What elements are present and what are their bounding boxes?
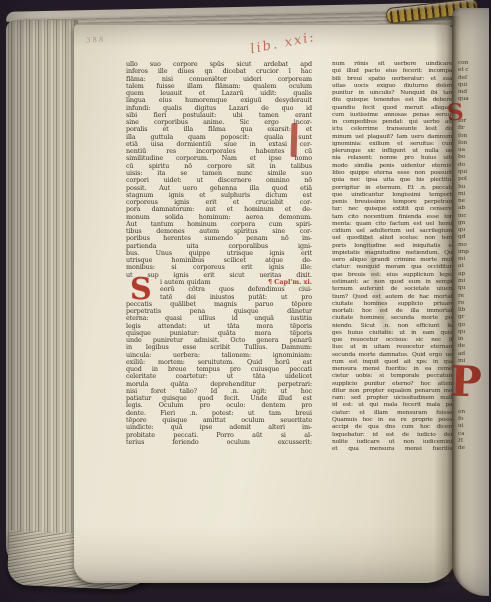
text-line: qui illud pacto eius fecerit: incompa- — [332, 68, 454, 75]
text-line: accipi de qua dns cum hoc dicere — [332, 424, 454, 431]
text-line: plerunque sic infligunt ut nulla ue- — [332, 148, 454, 155]
text-line: probitate peccati. Porro aūt si al- — [126, 432, 312, 439]
text-line: cum iustissime annosas penas seruus — [332, 112, 454, 119]
text-line: talem fuisse illam flāmam: qualem oculum — [126, 83, 312, 90]
text-line: minum uel plagauit? Iam uero damnum: — [332, 134, 454, 141]
fore-edge-page-stack — [6, 20, 78, 568]
text-line: poribus herentes sumendo penam nō im- — [126, 235, 312, 242]
text-fragment: fo — [458, 416, 488, 423]
text-fragment: qu — [458, 329, 488, 336]
text-line: quod in breue tempus pro cuiusque peccat… — [126, 366, 312, 373]
right-text-column: num rōnis sit uerbere uindicare:qui illu… — [332, 61, 454, 453]
text-line: rum est inquit quod ait xps: in qua — [332, 359, 454, 366]
text-line: num rōnis sit uerbere uindicare: — [332, 61, 454, 68]
text-fragment: do — [458, 162, 488, 169]
text-line: modo similia penis uidentur eternis? — [332, 163, 454, 170]
text-line: mensura mensi fueritis: in ea reme- — [332, 366, 454, 373]
text-fragment: inc — [458, 213, 488, 220]
text-line: utrisque hominibus scilicet atque de- — [126, 257, 312, 264]
text-fragment: ab — [458, 205, 488, 212]
text-line: diu quisque tenendus est ille debere: — [332, 97, 454, 104]
text-line: poralis et illa flāma qua exarsit: et — [126, 126, 312, 133]
text-fragment: qu — [458, 227, 488, 234]
facing-page-edge: conet cdeſquiindquaſorfirſonſonuabodoqui… — [452, 8, 489, 596]
text-line: que breuis est: eius supplicium leges — [332, 272, 454, 279]
text-line: bili breui spatio uerberatur: et sua- — [332, 76, 454, 83]
text-line: cū spiritu nō corpore sit in talibus — [126, 163, 312, 170]
text-fragment: gr — [458, 314, 488, 321]
left-column-upper-lines: ullo suo corpore spūs sicut ardebat apdi… — [126, 61, 312, 279]
text-fragment: mi — [458, 191, 488, 198]
text-line: ut sup ignis erit sicut ueritas dixit. — [126, 272, 312, 279]
chapter-rubric-label: ¶ Capl'm. xi. — [268, 279, 312, 286]
text-line: tibus demones autem spiritus sine cor- — [126, 228, 312, 235]
text-line: flāma: nisi conueniēter uideri corpoream — [126, 76, 312, 83]
text-line: infundi: qualis digitus Lazari de quo id — [126, 105, 312, 112]
text-line: ram: sed propter uicissitudinem mali: — [332, 395, 454, 402]
text-line: nisi foret talio? Id .n. agit: ut hoc — [126, 388, 312, 395]
text-line: in legibus esse scribit Tullius. Damnum: — [126, 344, 312, 351]
text-line: tatē dei iniustos putāt: ut pro — [126, 294, 312, 301]
left-text-column: ullo suo corpore spūs sicut ardebat apdi… — [126, 61, 312, 446]
chapter-opening-line: i autem quidam ¶ Capl'm. xi. — [126, 279, 312, 286]
text-fragment: mi — [458, 278, 488, 285]
text-line: ullo suo corpore spūs sicut ardebat apd — [126, 61, 312, 68]
text-fragment: qui — [458, 169, 488, 176]
text-line: ciuitate homines secunda morte pu- — [332, 315, 454, 322]
text-fragment: deſ — [458, 75, 488, 82]
text-fragment: qu — [458, 285, 488, 292]
text-line: mortali: hoc est de illa immortali — [332, 308, 454, 315]
text-line: cietur uobis: si temporale peccatum — [332, 373, 454, 380]
photograph-of-incunabulum-page: { "folio_number": "388", "inscription": … — [0, 0, 491, 602]
text-fragment: in — [458, 336, 488, 343]
text-line: quisque puniatur: quāta mora tēporis — [126, 330, 312, 337]
text-line: eorū cōtra quos defendimus ciui- — [126, 286, 312, 293]
text-fragment: con — [458, 60, 488, 67]
text-line: monum solida hominum: aerea demonum. — [126, 214, 312, 221]
text-line: uero aliquo grandi crimine morte mul- — [332, 257, 454, 264]
text-line: ctatur: nunquid moram qua occiditur: — [332, 264, 454, 271]
text-fragment: ro — [458, 300, 488, 307]
text-line: illa guttula quam poposcit: qualia sunt — [126, 134, 312, 141]
manuscript-page: 388 lib. xxi: ullo suo corpore spūs sicu… — [74, 24, 454, 583]
text-line: pora damnatorum: aut et hominum et de- — [126, 206, 312, 213]
text-line: que uindicantur longissimi temporis — [332, 192, 454, 199]
facing-page-red-initial-s: S — [446, 101, 464, 124]
text-fragment: lib — [458, 307, 488, 314]
text-line: exiliū: mortem: seruitutem. Quid horū es… — [126, 359, 312, 366]
text-line: quandiu fecit quod meruit allegari: — [332, 105, 454, 112]
text-line: supplicio punitur eterno? hoc atten- — [332, 381, 454, 388]
text-line: ciuitate homines supplicio priuare — [332, 301, 454, 308]
facing-page-red-initial-p: P — [449, 361, 482, 402]
text-fragment: imp — [458, 249, 488, 256]
text-line: tam cito nocentium finienda esse tor- — [332, 214, 454, 221]
text-line: lingua eius humoremque exiguū desyderaui… — [126, 97, 312, 104]
text-line: patiatur quisque quod fecit. Unde illud … — [126, 395, 312, 402]
text-fragment: fir — [458, 125, 488, 132]
pencil-folio-number: 388 — [86, 36, 106, 45]
text-line: legis attendat: ut tāta mora tēporis — [126, 323, 312, 330]
text-line: ignominia: exilium et seruitus: cum — [332, 141, 454, 148]
text-line: bus. Unus quippe utrisque ignis erit — [126, 250, 312, 257]
text-line: nentiū res incorporales habentes cū — [126, 148, 312, 155]
text-line: nolite iudicare ut non iudicemini: — [332, 439, 454, 446]
text-fragment: ua — [458, 147, 488, 154]
text-line: ciatur: et illam mensuram fuisse. — [332, 410, 454, 417]
text-line: et qua mensura mensi fueritis. — [332, 446, 454, 453]
text-line: tēpore quisque amittat oculum seueritate — [126, 417, 312, 424]
text-line: uindicte: quā ipse ademit alteri im- — [126, 424, 312, 431]
text-line: secunda morte damnatus. Quid ergo ue- — [332, 352, 454, 359]
text-line: corpori uidet: ut discernere omnino nō — [126, 177, 312, 184]
text-fragment: pol — [458, 176, 488, 183]
text-fragment: ne — [458, 198, 488, 205]
text-line: Ideo quippe eterna esse non possunt: — [332, 170, 454, 177]
text-fragment: en — [458, 409, 488, 416]
text-line: eterna: quasi ullius id unquā iustitia — [126, 315, 312, 322]
text-fragment: qo — [458, 322, 488, 329]
text-line: lius: ut in uitam reuocetur eternam — [332, 344, 454, 351]
text-line: quia nec ipsa uita que his plectitur — [332, 177, 454, 184]
left-column-lower-lines: eorū cōtra quos defendimus ciui-tatē dei… — [126, 286, 312, 446]
text-fragment: ſon — [458, 133, 488, 140]
text-fragment: ind — [458, 89, 488, 96]
text-line: Quamuis hoc in ea re proprie posse — [332, 417, 454, 424]
text-line: peccatis quālibet magnis paruo tēpore — [126, 301, 312, 308]
red-margin-mark — [291, 123, 298, 157]
right-column-lines: num rōnis sit uerbere uindicare:qui illu… — [332, 61, 454, 453]
text-line: uitas uocis exiguo diuturno dolore — [332, 83, 454, 90]
text-line: dente. Fieri .n. potest: ut tam breui — [126, 410, 312, 417]
text-line: in compedibus pendat: qui uerbo aut — [332, 119, 454, 126]
text-line: uisis: ita se tamen nunc simile suo — [126, 170, 312, 177]
chapter-opening-text: i autem quidam — [160, 279, 211, 286]
text-fragment: qui — [458, 82, 488, 89]
text-line: morula quāta deprehenditur perpetrari: — [126, 381, 312, 388]
text-fragment: gn — [458, 220, 488, 227]
text-line: sibi fieri postulauit: ubi tamen erant — [126, 112, 312, 119]
text-fragment: ap — [458, 271, 488, 278]
text-line: similitudine corporum. Nam et ipse homo — [126, 155, 312, 162]
text-fragment: de — [458, 343, 488, 350]
text-line: uel quodlibet aliud scelus: non tem- — [332, 235, 454, 242]
text-line: tium? Quod est autem de hac mortali — [332, 294, 454, 301]
text-line: etiā uisa dormientiū siue in extasi cer- — [126, 141, 312, 148]
text-line: corporeus ignis erit et cruciabit cor- — [126, 199, 312, 206]
text-line: legis. Oculum pro oculo: dentem pro — [126, 402, 312, 409]
text-line: celeritate coartetur: ut tāta uidelicet — [126, 373, 312, 380]
text-line: punitur in uinculis? Nunquid ibi tan- — [332, 90, 454, 97]
text-line: loquebatur: id est de iudicio dei: — [332, 432, 454, 439]
text-line: unde puniretur admisit. Octo genera pena… — [126, 337, 312, 344]
text-line: nia relaxent: nonne pro huius uite — [332, 155, 454, 162]
text-line: que reuocetur occisus: sic nec il- — [332, 337, 454, 344]
text-fragment: ſon — [458, 140, 488, 147]
text-fragment: mi — [458, 256, 488, 263]
text-line: stagnum ignis et sulphuris dictum est — [126, 192, 312, 199]
text-fragment: ca — [458, 431, 488, 438]
text-line: tur: nec quisque extitit qui censeret — [332, 206, 454, 213]
text-fragment: re — [458, 293, 488, 300]
text-line: estimant: ac non quod eum in sempi- — [332, 279, 454, 286]
text-line: porrigitur in eternum. Et .n. peccata — [332, 185, 454, 192]
text-line: partienda uita corporalibus igni- — [126, 243, 312, 250]
text-line: inferos ille diues qn dicebat crucior ī … — [126, 68, 312, 75]
text-line: cidium uel adulterium uel sacrilegium: — [332, 228, 454, 235]
text-line: ictu celerrime transeunte lesit do- — [332, 126, 454, 133]
text-line: niendo. Sicut .n. non efficiunt le- — [332, 323, 454, 330]
red-drop-cap-initial: S — [130, 275, 152, 305]
text-fragment: at — [458, 263, 488, 270]
text-line: ditur non propter equalem penarum mo- — [332, 388, 454, 395]
text-fragment: mo — [458, 242, 488, 249]
text-fragment: et c — [458, 67, 488, 74]
red-book-number-inscription: lib. xxi: — [249, 30, 317, 57]
text-line: id est: ut qui mala fecerit mala pa- — [332, 402, 454, 409]
text-fragment: qd — [458, 234, 488, 241]
text-fragment: ui — [458, 423, 488, 430]
text-line: poris longitudine sed iniquitatis et — [332, 243, 454, 250]
text-fragment: de — [458, 445, 488, 452]
text-line: sine corporibus anime. Sic ergo incor- — [126, 119, 312, 126]
text-fragment: bo — [458, 154, 488, 161]
text-line: penis breuissimo tempore perpetran- — [332, 199, 454, 206]
text-line: quem leuauit et Lazarū uidit: qualis — [126, 90, 312, 97]
text-fragment: hu — [458, 184, 488, 191]
text-line: perpetratis pena quisque dānetur — [126, 308, 312, 315]
text-line: ges huius ciuitatis: ut in eam quis- — [332, 330, 454, 337]
text-line: menta: quam cito factum est uel homi- — [332, 221, 454, 228]
text-line: monibus: si corporeus erit ignis ille: — [126, 264, 312, 271]
text-line: possit. Aut uero gehenna illa quod etiā — [126, 185, 312, 192]
text-line: ternum auferunt de societate uiuen- — [332, 286, 454, 293]
text-fragment: H — [458, 438, 488, 445]
text-line: uincula: uerbera: talionem: ignominiam: — [126, 352, 312, 359]
text-line: impietatis magnitudine metiendum. Qui — [332, 250, 454, 257]
text-line: terius feriendo oculum excusserit: — [126, 439, 312, 446]
text-line: Aut tantum hominum corpora cum spiri- — [126, 221, 312, 228]
